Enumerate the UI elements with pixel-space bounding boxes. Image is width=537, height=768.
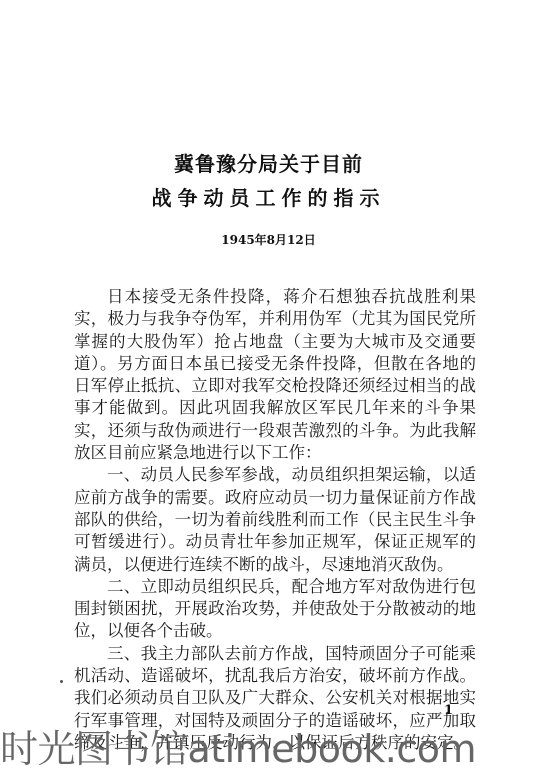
document-body: 日本接受无条件投降，蒋介石想独吞抗战胜利果实，极力与我争夺伪军，并利用伪军（尤其… — [74, 286, 476, 754]
document-date: 1945年8月12日 — [0, 231, 537, 248]
paragraph-intro: 日本接受无条件投降，蒋介石想独吞抗战胜利果实，极力与我争夺伪军，并利用伪军（尤其… — [74, 286, 476, 464]
document-page: 冀鲁豫分局关于目前 战争动员工作的指示 1945年8月12日 日本接受无条件投降… — [0, 0, 537, 768]
page-number: 1 — [444, 703, 453, 718]
paragraph-item-1: 一、动员人民参军参战，动员组织担架运输，以适应前方战争的需要。政府应动员一切力量… — [74, 464, 476, 575]
document-title-line-2: 战争动员工作的指示 — [0, 182, 537, 211]
paragraph-item-2: 二、立即动员组织民兵，配合地方军对敌伪进行包围封锁困扰，开展政治攻势，并使敌处于… — [74, 576, 476, 643]
scan-speck-dot — [60, 680, 63, 683]
document-title-line-1: 冀鲁豫分局关于目前 — [0, 148, 537, 177]
watermark-text: 时光图书馆atimebook.com — [0, 718, 537, 768]
